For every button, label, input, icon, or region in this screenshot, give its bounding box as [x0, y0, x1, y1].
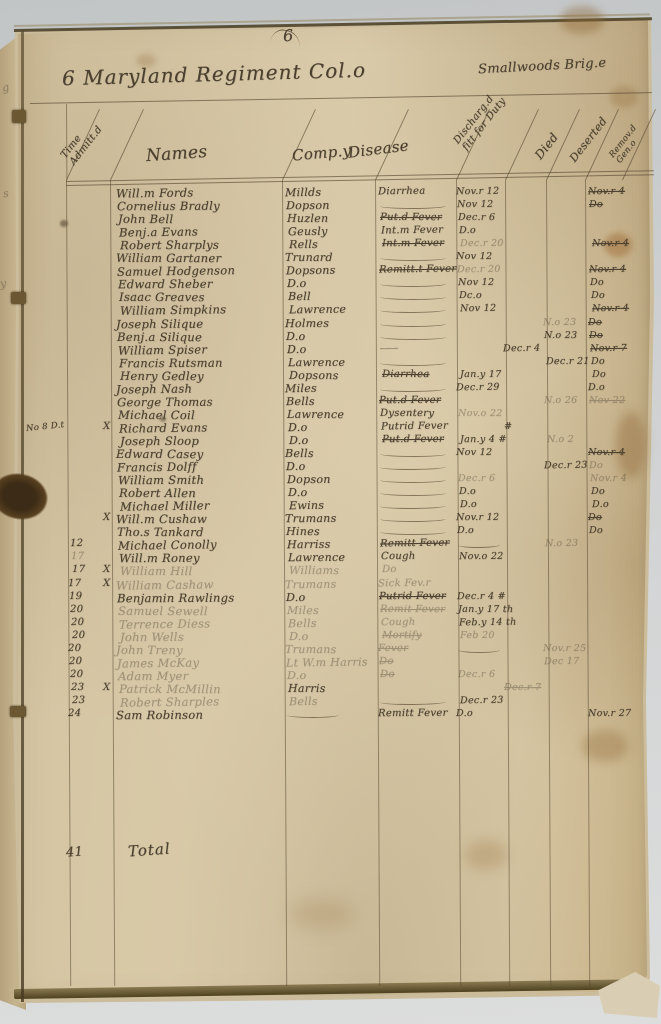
row-name: Robert Sharplys: [120, 239, 219, 252]
row-name: John Bell: [118, 213, 173, 225]
row-name: Joseph Silique: [116, 317, 203, 330]
row-died: Dec.r 4: [503, 343, 540, 353]
row-removed: Do: [591, 291, 605, 301]
row-name: Francis Dolff: [117, 460, 197, 473]
row-removed: Do: [589, 526, 603, 536]
row-name: Edward Sheber: [118, 278, 213, 291]
row-discharged: D.o: [460, 500, 477, 510]
row-removed: D.o: [592, 500, 609, 510]
row-disease: Int.m Fever: [382, 239, 444, 250]
crossed-out-mark: X: [103, 578, 111, 589]
row-removed: Do: [588, 513, 602, 523]
row-removed: Do: [591, 487, 605, 497]
row-name: James McKay: [117, 656, 199, 669]
row-company: D.o: [289, 435, 309, 447]
row-removed: Nov 22: [589, 396, 625, 406]
row-name: Samuel Sewell: [118, 604, 208, 616]
row-disease: Do: [379, 657, 394, 668]
row-name: Adam Myer: [118, 670, 188, 682]
dash-mark: [380, 360, 446, 366]
row-disease: Remitt Fever: [378, 709, 448, 720]
row-company: Dopsons: [289, 370, 339, 382]
row-name: Richard Evans: [119, 421, 208, 434]
row-disease: Put.d Fever: [379, 396, 441, 407]
admit-day: 20: [71, 618, 84, 629]
row-name: Will.m Fords: [116, 186, 194, 199]
row-company: Millds: [285, 187, 321, 199]
row-removed: Do: [592, 370, 606, 380]
row-company: D.o: [287, 343, 307, 355]
row-name: George Thomas: [117, 396, 213, 409]
admit-day: 20: [69, 657, 82, 668]
row-deserted: N.o 26: [544, 396, 577, 406]
row-discharged: Dec.r 4 #: [457, 591, 506, 601]
row-company: Bells: [289, 696, 318, 708]
row-discharged: Dec.r 29: [456, 382, 500, 393]
row-name: William Hill: [120, 565, 192, 577]
row-discharged: Dec.r 20: [457, 265, 501, 276]
row-name: Cornelius Bradly: [117, 200, 220, 213]
row-died: #: [504, 422, 512, 432]
row-company: Dopsons: [286, 265, 336, 277]
row-company: Lt W.m Harris: [286, 656, 368, 669]
row-discharged: Nov 12: [457, 200, 493, 210]
row-company: D.o: [288, 422, 308, 434]
row-removed: Do: [589, 461, 603, 471]
row-removed: Nov.r 4: [592, 239, 629, 249]
row-disease: Put.d Fever: [380, 213, 442, 224]
row-removed: Do: [591, 357, 605, 367]
row-died: Dec.r 7: [504, 683, 541, 693]
crossed-out-mark: X: [103, 565, 110, 576]
row-name: Robert Allen: [119, 487, 196, 499]
row-name: Will.m Roney: [119, 552, 200, 564]
row-deserted: Nov.r 25: [543, 644, 586, 654]
crossed-out-mark: X: [103, 422, 111, 433]
row-company: Miles: [287, 605, 319, 617]
row-removed: Do: [590, 278, 604, 288]
row-disease: Remitt.t Fever: [379, 265, 457, 277]
row-company: D.o: [289, 631, 309, 643]
row-discharged: Nov.r 12: [456, 187, 499, 198]
row-company: D.o: [286, 331, 305, 343]
row-discharged: Dec.r 23: [460, 696, 504, 707]
row-discharged: Nov.o 22: [459, 552, 504, 562]
total-count: 41: [66, 845, 84, 860]
row-disease: Cough: [381, 552, 416, 563]
row-name: Benjamin Rawlings: [117, 591, 235, 604]
row-discharged: Dec.r 6: [458, 213, 495, 223]
row-company: Bells: [285, 448, 314, 460]
row-discharged: Feb.y 14 th: [459, 617, 517, 628]
row-discharged: Jan.y 17: [460, 370, 502, 380]
admit-day: 19: [69, 592, 82, 603]
row-disease: Dysentery: [380, 409, 434, 420]
row-company: Williams: [289, 565, 339, 577]
row-disease: Putrid Fever: [379, 591, 446, 602]
row-removed: D.o: [588, 383, 605, 393]
row-discharged: D.o: [459, 487, 476, 497]
row-company: Ewins: [289, 500, 324, 512]
row-name: John Wells: [120, 631, 184, 643]
row-name: Patrick McMillin: [119, 683, 221, 695]
row-company: D.o: [286, 591, 306, 603]
binding-stitch: [11, 292, 26, 304]
wax-blob: [0, 469, 52, 525]
row-name: Joseph Nash: [116, 382, 192, 395]
row-company: Dopson: [286, 200, 330, 212]
row-name: Tho.s Tankard: [117, 526, 204, 538]
page-number: 6: [282, 28, 294, 45]
row-company: Geusly: [288, 226, 328, 238]
row-deserted: N.o 23: [543, 317, 576, 327]
row-deserted: Dec 17: [544, 657, 580, 667]
row-disease: Do: [382, 565, 397, 576]
row-discharged: Nov 12: [458, 278, 494, 288]
row-discharged: Nov 12: [456, 448, 492, 458]
row-name: Francis Rutsman: [119, 356, 223, 369]
admit-day: 17: [72, 565, 85, 576]
row-name: Michael Coil: [118, 409, 195, 421]
row-company: Bell: [288, 291, 311, 303]
row-discharged: Jan.y 17 th: [458, 604, 513, 614]
row-name: Henry Gedley: [120, 370, 204, 382]
row-company: D.o: [286, 461, 306, 473]
row-disease: Int.m Fever: [381, 226, 443, 237]
row-discharged: D.o: [457, 526, 474, 536]
admit-day: 23: [72, 696, 85, 707]
row-deserted: N.o 2: [547, 435, 574, 445]
dash-mark: [458, 647, 500, 653]
row-company: Holmes: [285, 317, 329, 329]
row-company: Lawrence: [288, 356, 345, 368]
row-company: Miles: [285, 383, 317, 395]
row-discharged: Dc.o: [459, 291, 482, 301]
crossed-out-mark: X: [103, 683, 110, 694]
admit-day: 24: [68, 709, 81, 720]
row-discharged: D.o: [459, 226, 476, 236]
row-disease: - - -: [380, 343, 398, 354]
row-company: Lawrence: [289, 304, 346, 316]
row-company: Rells: [289, 239, 318, 251]
row-name: William Simpkins: [120, 304, 226, 318]
row-disease: Cough: [381, 617, 416, 628]
admit-day: 20: [70, 605, 83, 616]
row-company: Trumans: [285, 578, 337, 590]
row-disease: Putrid Fever: [381, 421, 448, 432]
row-company: Harris: [288, 683, 326, 695]
row-company: Bells: [286, 396, 315, 408]
row-name: Will.m Cushaw: [116, 513, 207, 526]
row-discharged: Dec.r 6: [458, 474, 495, 484]
row-discharged: Nov.r 12: [456, 513, 499, 523]
row-removed: Do: [589, 200, 603, 210]
row-removed: Nov.r 4: [589, 265, 626, 275]
admit-day: 23: [71, 683, 84, 694]
row-deserted: Dec.r 21: [546, 357, 590, 367]
row-disease: Mortify: [382, 631, 422, 642]
row-removed: Nov.r 4: [588, 187, 625, 197]
row-disease: Sick Fev.r: [378, 578, 431, 589]
row-company: Dopson: [287, 474, 331, 486]
row-name: William Spiser: [118, 343, 207, 356]
row-company: Trunard: [285, 252, 333, 264]
row-disease: Remit Fever: [380, 604, 445, 615]
row-name: Robert Sharples: [120, 695, 220, 708]
row-company: Lawrence: [287, 409, 344, 421]
admit-day: 20: [70, 670, 83, 681]
row-discharged: Dec.r 6: [458, 670, 495, 680]
row-disease: Do: [380, 670, 395, 681]
row-disease: Put.d Fever: [382, 435, 444, 446]
row-company: Bells: [288, 617, 317, 629]
row-company: D.o: [287, 670, 307, 682]
row-deserted: N.o 23: [544, 330, 577, 340]
row-disease: Diarrhea: [378, 187, 426, 198]
binding-stitch: [10, 706, 26, 717]
manuscript-photo: 6 6 Maryland Regiment Col.o Smallwoods B…: [0, 0, 661, 1024]
row-discharged: D.o: [456, 709, 473, 719]
row-removed: Nov.r 4: [592, 304, 629, 314]
crossed-out-mark: X: [103, 513, 110, 524]
row-removed: Nov.r 4: [588, 448, 625, 458]
row-company: D.o: [288, 487, 307, 499]
row-name: Terrence Diess: [119, 617, 211, 630]
row-discharged: Nov 12: [460, 304, 496, 314]
row-name: William Smith: [118, 474, 204, 487]
row-discharged: Nov.o 22: [458, 409, 503, 419]
row-disease: Remitt Fever: [380, 539, 450, 550]
row-company: Huzlen: [287, 213, 328, 225]
row-company: Trumans: [285, 644, 337, 656]
admit-day: 20: [68, 644, 81, 655]
row-removed: Nov.r 7: [590, 343, 627, 353]
admit-day: 12: [70, 539, 83, 550]
binding-stitch: [12, 110, 26, 123]
row-company: Trumans: [285, 513, 337, 525]
row-name: Sam Robinson: [116, 709, 203, 722]
row-name: Benj.a Silique: [117, 330, 202, 342]
row-company: Lawrence: [288, 552, 345, 564]
admit-day: 17: [68, 578, 81, 589]
edge-writing-fragment: y: [0, 278, 7, 291]
row-name: William Cashaw: [116, 578, 214, 591]
dash-mark: [380, 320, 446, 326]
row-removed: Nov.r 27: [588, 709, 631, 719]
dash-mark: [380, 333, 446, 339]
row-name: John Treny: [116, 644, 183, 656]
total-label: Total: [128, 842, 172, 861]
row-removed: Nov.r 4: [590, 474, 627, 484]
row-discharged: Nov 12: [456, 252, 492, 262]
row-disease: Diarrhea: [382, 370, 430, 381]
row-deserted: N.o 23: [545, 539, 578, 549]
row-removed: Do: [588, 317, 602, 327]
admit-day: 20: [72, 631, 85, 642]
row-discharged: Feb 20: [460, 631, 495, 641]
row-removed: Do: [589, 331, 603, 341]
row-name: Benj.a Evans: [119, 226, 198, 239]
row-discharged: Jan.y 4 #: [460, 435, 507, 445]
row-company: D.o: [287, 278, 307, 290]
dash-mark: [380, 451, 446, 457]
row-name: Edward Casey: [116, 448, 203, 460]
row-deserted: Dec.r 23: [544, 461, 588, 472]
row-name: Joseph Sloop: [120, 435, 199, 447]
row-company: Hines: [286, 526, 320, 538]
admit-day: 17: [71, 552, 84, 563]
row-disease: Fever: [378, 644, 408, 655]
row-discharged: Dec.r 20: [460, 239, 504, 249]
row-company: Harriss: [287, 539, 331, 551]
